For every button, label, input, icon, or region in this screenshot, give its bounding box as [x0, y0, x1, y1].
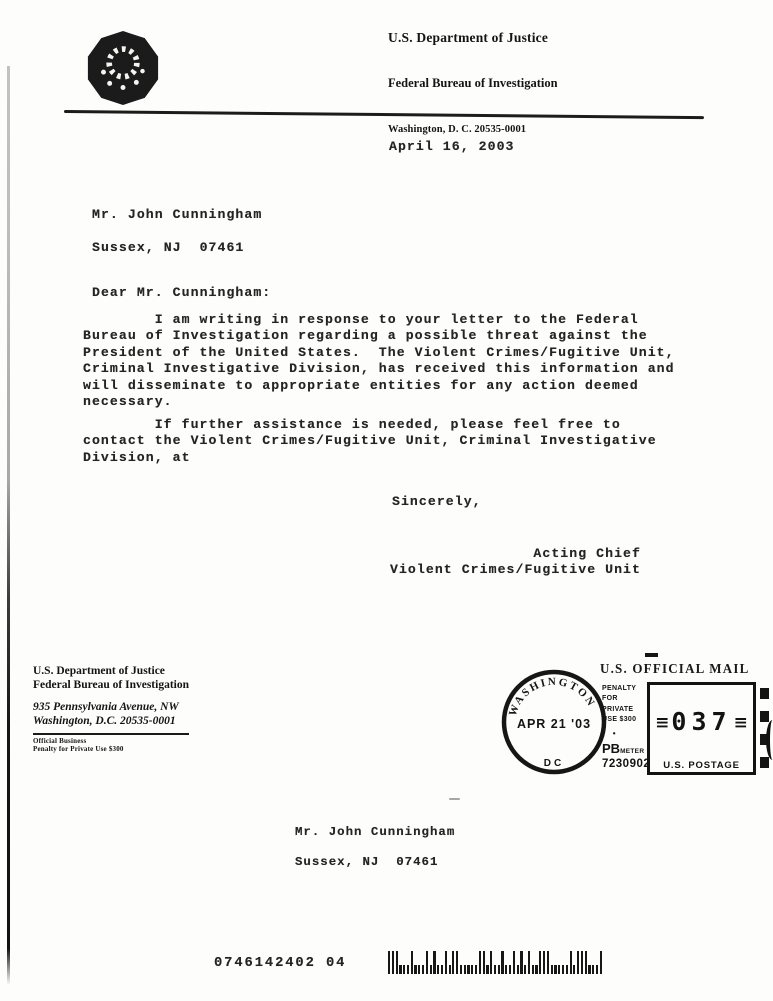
- perforation-mark: [760, 711, 769, 722]
- barcode-bar: [577, 951, 579, 974]
- barcode-bar: [566, 965, 568, 974]
- stamp-tick-mark: [645, 653, 658, 657]
- barcode-bar: [528, 951, 530, 974]
- barcode-bar: [426, 951, 428, 974]
- barcode-bar: [600, 951, 602, 974]
- salutation: Dear Mr. Cunningham:: [92, 285, 271, 301]
- barcode-bar: [388, 951, 390, 974]
- barcode-bar: [471, 965, 473, 974]
- body-paragraph-2: If further assistance is needed, please …: [83, 417, 657, 466]
- meter-number: 7230902: [602, 758, 646, 770]
- meter-brand-row: PBMETER: [602, 740, 646, 758]
- official-mail-title: U.S. OFFICIAL MAIL: [600, 661, 760, 678]
- penalty-meter-block: PENALTY FOR PRIVATE USE $300 •• PBMETER …: [602, 684, 646, 770]
- doj-seal-icon: [84, 29, 162, 107]
- barcode-bar: [475, 965, 477, 974]
- postage-value-box: ≡037≡ U.S. POSTAGE: [647, 682, 756, 775]
- stamp-penalty-lines: PENALTY FOR PRIVATE USE $300: [602, 684, 646, 725]
- barcode-bar: [585, 951, 587, 974]
- barcode-bar: [490, 951, 492, 974]
- barcode-bar: [437, 965, 439, 974]
- barcode-bar: [498, 965, 500, 974]
- meter-label: METER: [620, 748, 644, 755]
- flourish-left: ≡: [655, 713, 669, 733]
- barcode-bar: [418, 965, 420, 974]
- barcode-bar: [467, 965, 469, 974]
- barcode-bar: [570, 951, 572, 974]
- barcode-bar: [520, 951, 522, 974]
- paren-scan-mark: [766, 720, 773, 760]
- barcode-bar: [532, 965, 534, 974]
- bureau-name: Federal Bureau of Investigation: [388, 76, 558, 91]
- recipient-name: Mr. John Cunningham: [92, 207, 262, 223]
- barcode-bar: [399, 965, 401, 974]
- postmark-date: APR 21 '03: [517, 717, 591, 731]
- barcode-bar: [535, 965, 537, 974]
- barcode-bar: [411, 951, 413, 974]
- barcode-bar: [501, 951, 503, 974]
- barcode-bar: [392, 951, 394, 974]
- return-city: Washington, D.C. 20535-0001: [33, 714, 189, 728]
- barcode-bar: [494, 965, 496, 974]
- postmark-state: DC: [544, 758, 564, 769]
- us-postage-label: U.S. POSTAGE: [650, 760, 753, 771]
- recipient-city: Sussex, NJ 07461: [92, 240, 244, 256]
- routing-code: 0746142402 04: [214, 956, 346, 972]
- barcode-bar: [403, 965, 405, 974]
- barcode-bar: [562, 965, 564, 974]
- barcode-bar: [581, 951, 583, 974]
- barcode-bar: [430, 965, 432, 974]
- postmark-stamp: WASHINGTON APR 21 '03 DC: [498, 666, 610, 778]
- office-address: Washington, D. C. 20535-0001: [388, 124, 526, 135]
- barcode-bar: [524, 965, 526, 974]
- pitney-bowes-logo: PB: [602, 741, 620, 756]
- return-address-block: U.S. Department of Justice Federal Burea…: [33, 664, 189, 753]
- official-business-label: Official Business: [33, 737, 189, 745]
- barcode-bar: [456, 951, 458, 974]
- scan-smudge: [449, 798, 460, 800]
- postage-amount: ≡037≡: [650, 707, 753, 736]
- barcode-bar: [464, 965, 466, 974]
- barcode-bar: [551, 965, 553, 974]
- scanned-letter-page: U.S. Department of Justice Federal Burea…: [0, 0, 773, 1001]
- body-paragraph-1: I am writing in response to your letter …: [83, 312, 675, 410]
- postage-meter-stamp: U.S. OFFICIAL MAIL PENALTY FOR PRIVATE U…: [600, 648, 773, 782]
- barcode-bar: [547, 951, 549, 974]
- return-bureau: Federal Bureau of Investigation: [33, 678, 189, 692]
- envelope-addressee-city: Sussex, NJ 07461: [295, 854, 438, 870]
- agency-name: U.S. Department of Justice: [388, 30, 548, 46]
- barcode-bar: [422, 965, 424, 974]
- postage-digits: 037: [671, 707, 731, 736]
- perforation-mark: [760, 688, 769, 699]
- barcode-bar: [449, 965, 451, 974]
- signature-block: Acting Chief Violent Crimes/Fugitive Uni…: [390, 546, 641, 577]
- barcode-bar: [414, 965, 416, 974]
- stamp-dots: ••: [602, 729, 646, 738]
- letter-date: April 16, 2003: [389, 139, 515, 155]
- barcode-bar: [441, 965, 443, 974]
- envelope-addressee-name: Mr. John Cunningham: [295, 824, 455, 840]
- postnet-barcode: [388, 950, 602, 974]
- barcode-bar: [445, 951, 447, 974]
- barcode-bar: [396, 951, 398, 974]
- return-street: 935 Pennsylvania Avenue, NW: [33, 700, 189, 714]
- barcode-bar: [517, 965, 519, 974]
- flourish-right: ≡: [734, 713, 748, 733]
- penalty-label: Penalty for Private Use $300: [33, 745, 189, 753]
- barcode-bar: [539, 951, 541, 974]
- barcode-bar: [596, 965, 598, 974]
- barcode-bar: [513, 951, 515, 974]
- return-address-rule: [33, 733, 189, 735]
- barcode-bar: [483, 951, 485, 974]
- barcode-bar: [407, 965, 409, 974]
- barcode-bar: [588, 965, 590, 974]
- letterhead-rule: [64, 110, 704, 119]
- barcode-bar: [573, 965, 575, 974]
- barcode-bar: [505, 965, 507, 974]
- barcode-bar: [486, 965, 488, 974]
- return-agency: U.S. Department of Justice: [33, 664, 189, 678]
- barcode-bar: [460, 965, 462, 974]
- closing: Sincerely,: [392, 494, 482, 510]
- barcode-bar: [509, 965, 511, 974]
- barcode-bar: [558, 965, 560, 974]
- barcode-bar: [452, 951, 454, 974]
- barcode-bar: [554, 965, 556, 974]
- barcode-bar: [543, 951, 545, 974]
- barcode-bar: [479, 951, 481, 974]
- barcode-bar: [592, 965, 594, 974]
- barcode-bar: [433, 951, 435, 974]
- scan-edge-line: [7, 66, 10, 985]
- perforation-mark: [760, 757, 769, 768]
